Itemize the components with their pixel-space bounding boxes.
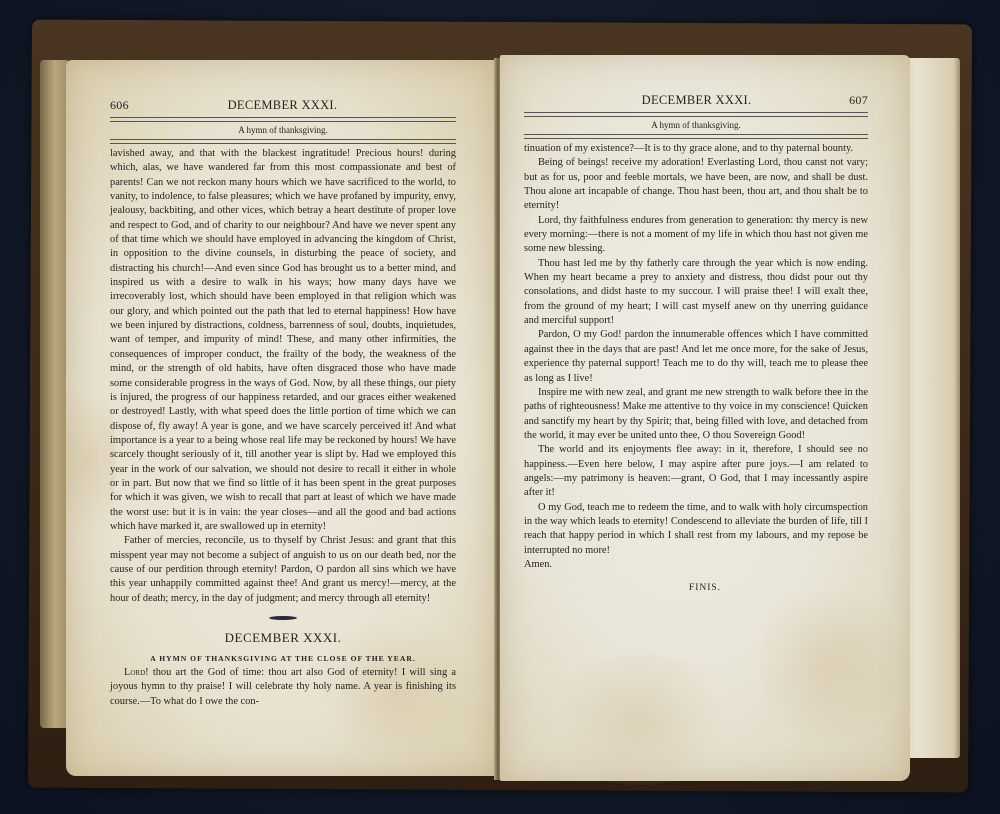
paragraph: Lord, thy faithfulness endures from gene…: [524, 214, 868, 257]
paragraph: Lord! thou art the God of time: thou art…: [110, 666, 456, 709]
section-ornament: [269, 616, 297, 620]
drop-word: Lord: [124, 667, 145, 678]
header-rule: [524, 112, 868, 117]
header-rule: [110, 117, 456, 122]
running-title: DECEMBER XXXI.: [129, 98, 436, 113]
running-subtitle: A hymn of thanksgiving.: [524, 119, 868, 131]
section-body: Lord! thou art the God of time: thou art…: [110, 666, 456, 709]
paper-stain: [760, 575, 900, 755]
page-body: tinuation of my existence?—It is to thy …: [524, 142, 868, 572]
paragraph: The world and its enjoyments flee away: …: [524, 443, 868, 500]
paragraph-text: ! thou art the God of time: thou art als…: [110, 667, 456, 707]
paragraph: Being of beings! receive my adoration! E…: [524, 156, 868, 213]
running-head: 606 DECEMBER XXXI.: [110, 98, 456, 114]
paragraph: Amen.: [524, 558, 868, 572]
running-title: DECEMBER XXXI.: [544, 93, 849, 108]
paragraph: Thou hast led me by thy fatherly care th…: [524, 257, 868, 329]
paragraph: tinuation of my existence?—It is to thy …: [524, 142, 868, 156]
paragraph: Pardon, O my God! pardon the innumerable…: [524, 328, 868, 385]
finis-label: FINIS.: [500, 583, 910, 593]
running-head: DECEMBER XXXI. 607: [524, 93, 868, 109]
paragraph: Father of mercies, reconcile, us to thys…: [110, 534, 456, 606]
header-rule: [524, 134, 868, 139]
running-subtitle: A hymn of thanksgiving.: [110, 124, 456, 136]
paragraph: Inspire me with new zeal, and grant me n…: [524, 386, 868, 443]
section-title: DECEMBER XXXI.: [110, 630, 456, 646]
page-number: 606: [110, 98, 129, 113]
paragraph: O my God, teach me to redeem the time, a…: [524, 501, 868, 558]
paper-stain: [540, 655, 740, 785]
section-subtitle: A HYMN OF THANKSGIVING AT THE CLOSE OF T…: [110, 654, 456, 663]
header-rule: [110, 139, 456, 144]
paragraph: lavished away, and that with the blackes…: [110, 147, 456, 534]
right-page: DECEMBER XXXI. 607 A hymn of thanksgivin…: [500, 55, 910, 781]
page-number: 607: [849, 93, 868, 108]
left-page: 606 DECEMBER XXXI. A hymn of thanksgivin…: [66, 60, 496, 776]
page-body: lavished away, and that with the blackes…: [110, 147, 456, 606]
